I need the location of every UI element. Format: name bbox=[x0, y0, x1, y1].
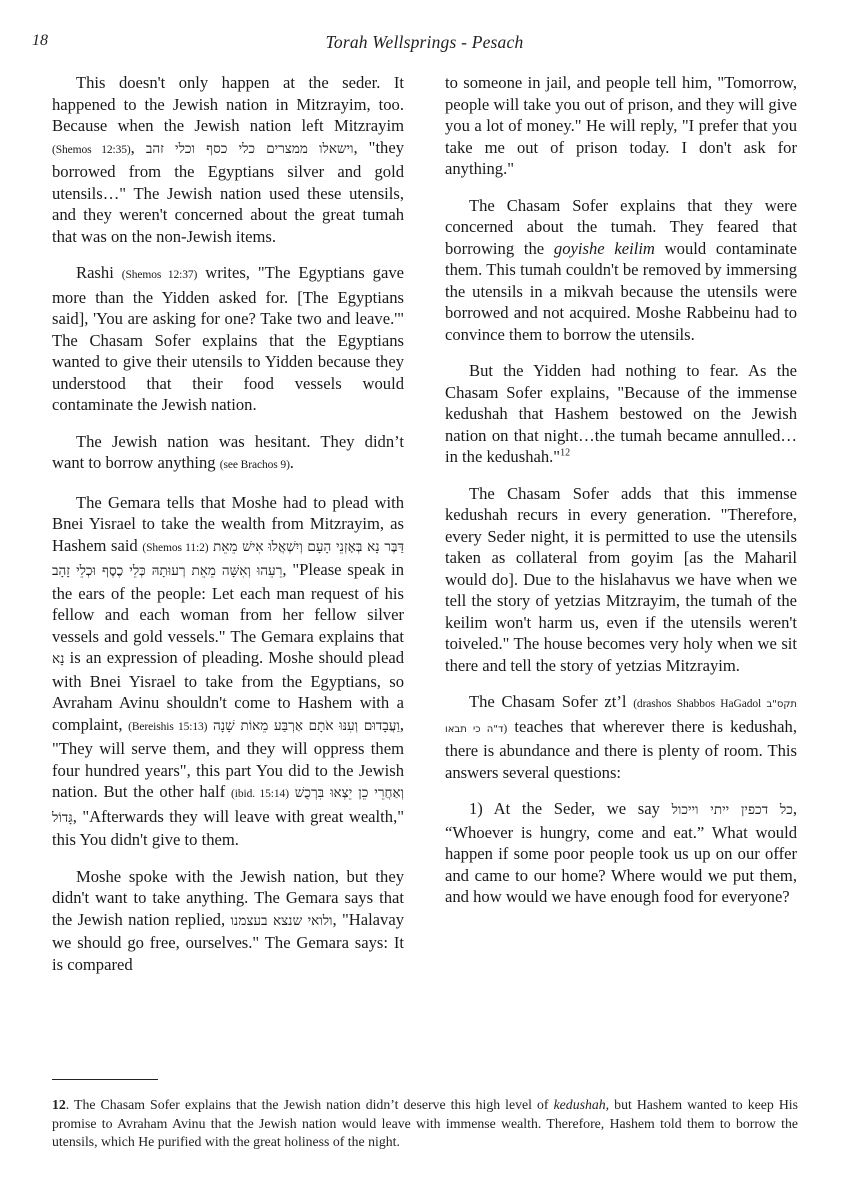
text: , bbox=[131, 138, 146, 157]
hebrew-quote: כל דכפין ייתי וייכול bbox=[672, 802, 793, 818]
text: This doesn't only happen at the seder. I… bbox=[52, 73, 404, 135]
footnote: 12. The Chasam Sofer explains that the J… bbox=[52, 1096, 798, 1152]
source-reference: (Bereishis 15:13) bbox=[128, 721, 207, 733]
source-reference: (ibid. 15:14) bbox=[231, 788, 289, 800]
footnote-reference[interactable]: 12 bbox=[560, 447, 570, 458]
footnote-divider bbox=[52, 1079, 158, 1080]
text: The Chasam Sofer zt’l bbox=[469, 692, 633, 711]
text: to someone in jail, and people tell him,… bbox=[445, 73, 797, 178]
source-reference: (Shemos 12:37) bbox=[122, 269, 198, 281]
paragraph: Rashi (Shemos 12:37) writes, "The Egypti… bbox=[52, 262, 404, 416]
text: . The Chasam Sofer explains that the Jew… bbox=[66, 1097, 554, 1112]
text: Rashi bbox=[76, 263, 122, 282]
text: The Chasam Sofer adds that this immense … bbox=[445, 484, 797, 675]
paragraph: The Jewish nation was hesitant. They did… bbox=[52, 431, 404, 477]
hebrew-quote: וַעֲבָדוּם וְעִנּוּ אֹתָם אַרְבַּע מֵאוֹ… bbox=[213, 718, 400, 734]
hebrew-quote: ולואי שנצא בעצמנו bbox=[230, 913, 332, 929]
text: 1) At the Seder, we say bbox=[469, 799, 672, 818]
right-column: to someone in jail, and people tell him,… bbox=[445, 72, 797, 923]
hebrew-quote: וישאלו ממצרים כלי כסף וכלי זהב bbox=[146, 141, 354, 157]
footnote-number: 12 bbox=[52, 1097, 66, 1112]
paragraph: The Chasam Sofer adds that this immense … bbox=[445, 483, 797, 677]
italic-term: kedushah, bbox=[554, 1097, 610, 1112]
hebrew-word: נָא bbox=[52, 651, 65, 667]
paragraph: But the Yidden had nothing to fear. As t… bbox=[445, 360, 797, 468]
text: , "Afterwards they will leave with great… bbox=[52, 807, 404, 850]
running-head: 18 Torah Wellsprings - Pesach bbox=[0, 32, 849, 56]
left-column: This doesn't only happen at the seder. I… bbox=[52, 72, 404, 990]
source-reference: (drashos Shabbos HaGadol bbox=[633, 698, 766, 710]
paragraph: The Chasam Sofer explains that they were… bbox=[445, 195, 797, 346]
paragraph-continued: to someone in jail, and people tell him,… bbox=[445, 72, 797, 180]
text: . bbox=[290, 453, 294, 472]
paragraph: The Chasam Sofer zt’l (drashos Shabbos H… bbox=[445, 691, 797, 783]
paragraph: 1) At the Seder, we say כל דכפין ייתי וי… bbox=[445, 798, 797, 908]
paragraph: The Gemara tells that Moshe had to plead… bbox=[52, 492, 404, 851]
italic-term: goyishe keilim bbox=[554, 239, 655, 258]
source-reference: (Shemos 11:2) bbox=[142, 542, 208, 554]
paragraph: Moshe spoke with the Jewish nation, but … bbox=[52, 866, 404, 976]
source-reference: (see Brachos 9) bbox=[220, 459, 290, 471]
book-title: Torah Wellsprings - Pesach bbox=[0, 32, 849, 53]
source-reference: (Shemos 12:35) bbox=[52, 144, 131, 156]
paragraph: This doesn't only happen at the seder. I… bbox=[52, 72, 404, 247]
text: But the Yidden had nothing to fear. As t… bbox=[445, 361, 797, 466]
text: writes, "The Egyptians gave more than th… bbox=[52, 263, 404, 414]
